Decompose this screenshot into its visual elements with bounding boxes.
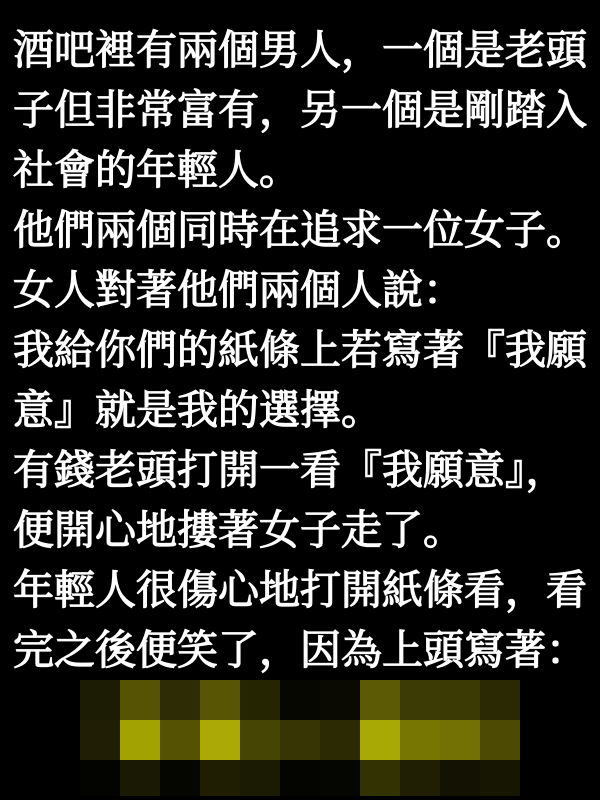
mosaic-cell [160, 680, 200, 720]
mosaic-row [80, 720, 520, 760]
story-line: 年輕人很傷心地打開紙條看，看 [13, 560, 597, 620]
mosaic-cell [120, 720, 160, 760]
mosaic-cell [440, 760, 480, 796]
mosaic-cell [160, 760, 200, 796]
mosaic-cell [80, 760, 120, 796]
mosaic-cell [360, 760, 400, 796]
mosaic-cell [440, 680, 480, 720]
mosaic-cell [240, 680, 280, 720]
story-line: 便開心地摟著女子走了。 [13, 500, 597, 560]
joke-image: 酒吧裡有兩個男人，一個是老頭 子但非常富有，另一個是剛踏入 社會的年輕人。 他們… [0, 0, 600, 800]
story-line: 社會的年輕人。 [13, 140, 597, 200]
mosaic-cell [200, 720, 240, 760]
censored-mosaic [80, 680, 520, 796]
mosaic-cell [280, 680, 320, 720]
mosaic-cell [480, 720, 520, 760]
mosaic-cell [120, 760, 160, 796]
mosaic-cell [400, 680, 440, 720]
story-text: 酒吧裡有兩個男人，一個是老頭 子但非常富有，另一個是剛踏入 社會的年輕人。 他們… [13, 20, 597, 680]
story-line: 我給你們的紙條上若寫著『我願 [13, 320, 597, 380]
story-line: 完之後便笑了，因為上頭寫著： [13, 620, 597, 680]
mosaic-cell [400, 760, 440, 796]
story-line: 子但非常富有，另一個是剛踏入 [13, 80, 597, 140]
mosaic-cell [240, 720, 280, 760]
mosaic-cell [120, 680, 160, 720]
mosaic-cell [80, 680, 120, 720]
story-line: 他們兩個同時在追求一位女子。 [13, 200, 597, 260]
mosaic-cell [80, 720, 120, 760]
mosaic-cell [320, 680, 360, 720]
mosaic-cell [480, 680, 520, 720]
story-line: 有錢老頭打開一看『我願意』， [13, 440, 597, 500]
story-line: 女人對著他們兩個人說： [13, 260, 597, 320]
mosaic-row [80, 760, 520, 796]
mosaic-cell [240, 760, 280, 796]
mosaic-cell [280, 720, 320, 760]
mosaic-cell [480, 760, 520, 796]
mosaic-cell [200, 680, 240, 720]
mosaic-cell [320, 760, 360, 796]
mosaic-cell [200, 760, 240, 796]
mosaic-cell [360, 680, 400, 720]
mosaic-row [80, 680, 520, 720]
story-line: 意』就是我的選擇。 [13, 380, 597, 440]
mosaic-cell [160, 720, 200, 760]
story-line: 酒吧裡有兩個男人，一個是老頭 [13, 20, 597, 80]
mosaic-cell [320, 720, 360, 760]
mosaic-cell [280, 760, 320, 796]
mosaic-cell [360, 720, 400, 760]
mosaic-cell [400, 720, 440, 760]
mosaic-cell [440, 720, 480, 760]
